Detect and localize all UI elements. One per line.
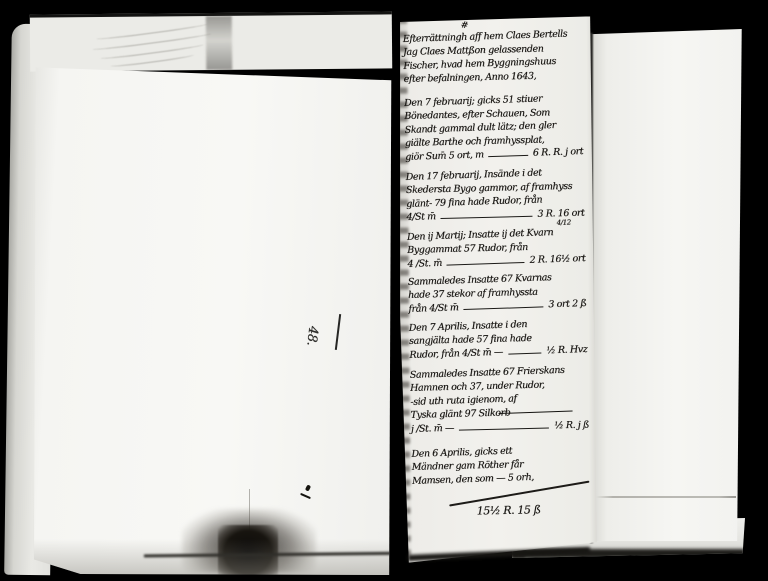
- account-entry: Den ij Martij; Insatte ij det Kvarn Bygg…: [407, 227, 586, 271]
- dash-leader: [459, 427, 549, 430]
- sum-prefix: 4 /St. m̄: [407, 257, 442, 272]
- dash-leader: [463, 306, 543, 310]
- entry-amount: 6 R. R. j ort: [533, 145, 584, 160]
- heading-paragraph: Efterrättningh aff hem Claes Bertells Ja…: [403, 29, 582, 86]
- script-line: efter befalningen, Anno 1643,: [403, 69, 581, 87]
- ink-mark: [300, 493, 311, 499]
- entry-amount: 3 ort 2 ß: [548, 297, 586, 312]
- ink-blot-core: [218, 525, 278, 575]
- sum-prefix: j /St. m̄ —: [411, 421, 454, 435]
- grand-total: 15½ R. 15 ß: [476, 503, 540, 518]
- top-band-sheet: [30, 11, 392, 71]
- account-entry: Sammaledes Insatte 67 Kvarnas hade 37 st…: [408, 272, 587, 316]
- dash-leader: [508, 353, 542, 355]
- entry-amount: ½ R. j ß: [554, 418, 589, 432]
- dash-leader: [441, 216, 533, 219]
- scan-backdrop: 48. # Efterrättningh aff hem Claes Berte…: [0, 0, 768, 581]
- account-entry: Den 6 Aprilis, gicks ett Mändner gam Röt…: [411, 444, 590, 488]
- dash-leader: [447, 262, 525, 266]
- account-entry: Den 7 Aprilis, Insatte i den sangjälta h…: [409, 318, 588, 362]
- entry-amount: ½ R. Hvz: [546, 343, 587, 358]
- handwritten-text-block: # Efterrättningh aff hem Claes Bertells …: [402, 15, 593, 564]
- ink-mark: [305, 484, 311, 491]
- dash-leader: [489, 155, 528, 157]
- next-leaf-page: [592, 29, 744, 541]
- page-bottom-shadow: [144, 552, 420, 558]
- manuscript-recto-page: # Efterrättningh aff hem Claes Bertells …: [395, 16, 598, 562]
- blank-verso-page: 48.: [34, 57, 392, 575]
- ink-smudge: [206, 16, 232, 70]
- entry-amount: 2 R. 16½ ort: [529, 252, 585, 267]
- sum-prefix: 4/St m̄: [406, 210, 436, 224]
- account-entry: Sammaledes Insatte 67 Frierskans Hamnen …: [410, 365, 589, 436]
- folio-number: 48.: [304, 325, 319, 346]
- sum-prefix: giör Sum̄ 5 ort, m: [405, 148, 484, 164]
- ink-blot: [182, 509, 316, 573]
- sum-prefix: Rudor, från 4/St m̄ —: [409, 346, 503, 363]
- account-entry: Den 7 februarij; gicks 51 stiuer Bönedan…: [404, 93, 583, 164]
- sum-prefix: från 4/St m̄: [408, 301, 458, 316]
- folio-pen-stroke: [335, 314, 341, 350]
- fold-line: [596, 496, 736, 498]
